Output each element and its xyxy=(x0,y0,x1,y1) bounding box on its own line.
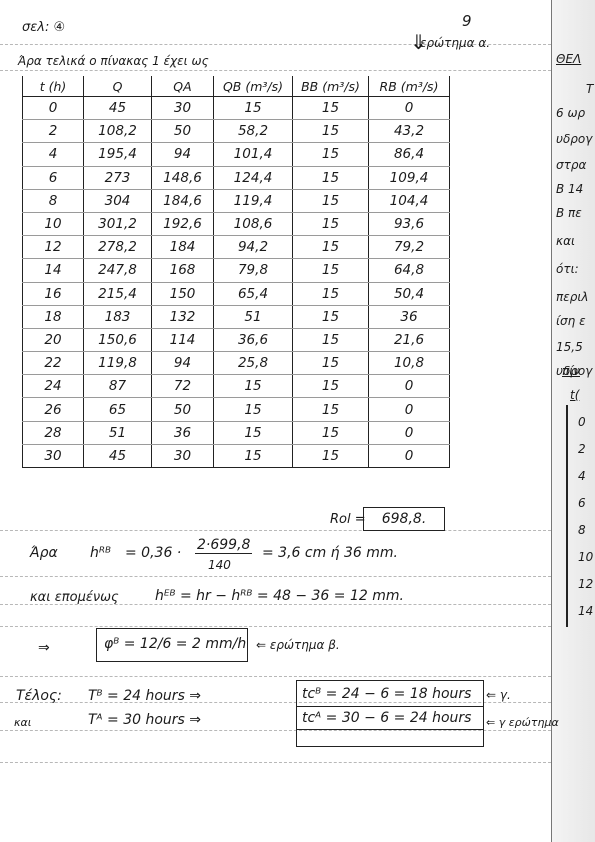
table-cell: 50,4 xyxy=(369,282,450,305)
calc-line2-expr: hᴱᴮ = hr − hᴿᴮ = 48 − 36 = 12 mm. xyxy=(155,588,404,604)
next-page-fragment: υδρογ xyxy=(556,132,592,146)
table-row: 26655015150 xyxy=(23,398,450,421)
next-page-fragment: στρα xyxy=(556,158,586,172)
total-value-box: 698,8. xyxy=(363,507,445,531)
table-cell: 24 xyxy=(23,375,84,398)
table-cell: 15 xyxy=(293,259,369,282)
column-header: RB (m³/s) xyxy=(369,76,450,97)
column-header: QA xyxy=(152,76,214,97)
next-page-table-value: 10 xyxy=(578,550,593,564)
next-page-table-value: 6 xyxy=(578,496,586,510)
answer-b: φᴮ = 12/6 = 2 mm/h xyxy=(104,636,246,652)
page-number: 9 xyxy=(462,12,472,30)
table-cell: 114 xyxy=(152,328,214,351)
ruled-line xyxy=(0,762,551,763)
table-cell: 148,6 xyxy=(152,166,214,189)
scanned-page: σελ: ④ 9 ⇓ ερώτημα α. Άρα τελικά ο πίνακ… xyxy=(0,0,595,842)
table-cell: 94,2 xyxy=(214,236,293,259)
table-cell: 150 xyxy=(152,282,214,305)
table-cell: 15 xyxy=(293,444,369,467)
calc-line5-prefix: και xyxy=(14,716,31,729)
table-cell: 87 xyxy=(84,375,152,398)
table-row: 30453015150 xyxy=(23,444,450,467)
next-page-table-value: 8 xyxy=(578,523,586,537)
table-cell: 58,2 xyxy=(214,120,293,143)
table-cell: 36 xyxy=(369,305,450,328)
answer-c-divider xyxy=(296,706,484,707)
table-cell: 184 xyxy=(152,236,214,259)
calc-line1-result: = 3,6 cm ή 36 mm. xyxy=(262,545,398,561)
table-cell: 15 xyxy=(293,166,369,189)
table-cell: 21,6 xyxy=(369,328,450,351)
table-cell: 22 xyxy=(23,352,84,375)
table-row: 0453015150 xyxy=(23,97,450,120)
table-cell: 195,4 xyxy=(84,143,152,166)
calc-line4-prefix: Τέλος: xyxy=(16,688,62,704)
table-cell: 43,2 xyxy=(369,120,450,143)
table-row: 10301,2192,6108,61593,6 xyxy=(23,212,450,235)
column-header: Q xyxy=(84,76,152,97)
table-cell: 192,6 xyxy=(152,212,214,235)
table-cell: 26 xyxy=(23,398,84,421)
table-cell: 119,4 xyxy=(214,189,293,212)
table-cell: 15 xyxy=(293,328,369,351)
next-page-table-value: 14 xyxy=(578,604,593,618)
table-cell: 50 xyxy=(152,120,214,143)
table-cell: 65,4 xyxy=(214,282,293,305)
table-cell: 0 xyxy=(369,97,450,120)
table-cell: 10 xyxy=(23,212,84,235)
next-page-table-value: 4 xyxy=(578,469,586,483)
answer-c-box-bottom xyxy=(296,728,484,747)
table-cell: 4 xyxy=(23,143,84,166)
intro-text: Άρα τελικά ο πίνακας 1 έχει ως xyxy=(18,54,209,68)
section-label: σελ: ④ xyxy=(22,20,65,35)
calc-line2-prefix: και επομένως xyxy=(30,590,119,605)
next-page-fragment: Β πε xyxy=(556,206,582,220)
table-cell: 2 xyxy=(23,120,84,143)
table-cell: 15 xyxy=(293,189,369,212)
table-cell: 10,8 xyxy=(369,352,450,375)
table-header-row: t (h) Q QA QB (m³/s) BB (m³/s) RB (m³/s) xyxy=(23,76,450,97)
ruled-line xyxy=(0,626,551,627)
ruled-line xyxy=(0,676,551,677)
table-cell: 0 xyxy=(23,97,84,120)
calc-line1-prefix: Άρα xyxy=(30,545,58,561)
table-cell: 20 xyxy=(23,328,84,351)
next-page-fragment: ίση ε xyxy=(556,314,586,328)
table-cell: 15 xyxy=(293,352,369,375)
table-cell: 15 xyxy=(293,236,369,259)
column-header: QB (m³/s) xyxy=(214,76,293,97)
table-cell: 36,6 xyxy=(214,328,293,351)
table-row: 6273148,6124,415109,4 xyxy=(23,166,450,189)
calc-line4-expr: Tᴮ = 24 hours ⇒ xyxy=(88,688,201,704)
table-cell: 15 xyxy=(214,398,293,421)
question-c-label-2: ⇐ γ ερώτημα xyxy=(486,716,559,729)
table-cell: 6 xyxy=(23,166,84,189)
next-page-table-line xyxy=(566,405,568,627)
table-cell: 51 xyxy=(84,421,152,444)
table-cell: 79,2 xyxy=(369,236,450,259)
table-cell: 15 xyxy=(293,375,369,398)
table-row: 14247,816879,81564,8 xyxy=(23,259,450,282)
table-row: 28513615150 xyxy=(23,421,450,444)
calc-line1-numerator: 2·699,8 xyxy=(195,537,252,554)
calc-line1-coef: = 0,36 · xyxy=(125,545,181,561)
table-cell: 18 xyxy=(23,305,84,328)
table-cell: 15 xyxy=(293,305,369,328)
table-row: 2108,25058,21543,2 xyxy=(23,120,450,143)
table-cell: 304 xyxy=(84,189,152,212)
table-cell: 94 xyxy=(152,352,214,375)
table-cell: 93,6 xyxy=(369,212,450,235)
table-cell: 104,4 xyxy=(369,189,450,212)
next-page-fragment: περιλ xyxy=(556,290,589,304)
table-cell: 108,6 xyxy=(214,212,293,235)
table-row: 20150,611436,61521,6 xyxy=(23,328,450,351)
table-cell: 108,2 xyxy=(84,120,152,143)
table-cell: 124,4 xyxy=(214,166,293,189)
ruled-line xyxy=(0,576,551,577)
answer-c-b: tcᴮ = 24 − 6 = 18 hours xyxy=(302,686,471,702)
next-page-heading: ΘΕΛ xyxy=(556,52,581,66)
table-cell: 14 xyxy=(23,259,84,282)
table-cell: 36 xyxy=(152,421,214,444)
table-cell: 150,6 xyxy=(84,328,152,351)
table-cell: 119,8 xyxy=(84,352,152,375)
table-cell: 109,4 xyxy=(369,166,450,189)
table-cell: 15 xyxy=(293,120,369,143)
table-cell: 301,2 xyxy=(84,212,152,235)
table-cell: 30 xyxy=(152,444,214,467)
table-cell: 15 xyxy=(293,212,369,235)
table-cell: 30 xyxy=(152,97,214,120)
table-cell: 65 xyxy=(84,398,152,421)
next-page-fragment: και xyxy=(556,234,575,248)
table-cell: 94 xyxy=(152,143,214,166)
table-cell: 278,2 xyxy=(84,236,152,259)
table-cell: 86,4 xyxy=(369,143,450,166)
table-cell: 15 xyxy=(293,421,369,444)
table-cell: 15 xyxy=(293,143,369,166)
next-page-table-value: 0 xyxy=(578,415,586,429)
table-cell: 79,8 xyxy=(214,259,293,282)
table-cell: 273 xyxy=(84,166,152,189)
table-cell: 50 xyxy=(152,398,214,421)
table-cell: 0 xyxy=(369,375,450,398)
table-cell: 15 xyxy=(293,398,369,421)
next-page-table-header: t( xyxy=(570,388,579,402)
table-cell: 64,8 xyxy=(369,259,450,282)
answer-c-a: tcᴬ = 30 − 6 = 24 hours xyxy=(302,710,471,726)
table-cell: 0 xyxy=(369,444,450,467)
table-cell: 15 xyxy=(293,282,369,305)
hydrograph-table: t (h) Q QA QB (m³/s) BB (m³/s) RB (m³/s)… xyxy=(22,76,450,468)
table-cell: 15 xyxy=(214,375,293,398)
table-cell: 45 xyxy=(84,97,152,120)
table-cell: 15 xyxy=(214,444,293,467)
question-b-label: ⇐ ερώτημα β. xyxy=(256,638,340,652)
table-cell: 132 xyxy=(152,305,214,328)
next-page-table-value: 2 xyxy=(578,442,586,456)
table-cell: 183 xyxy=(84,305,152,328)
table-row: 4195,494101,41586,4 xyxy=(23,143,450,166)
table-cell: 168 xyxy=(152,259,214,282)
table-cell: 15 xyxy=(214,421,293,444)
table-row: 22119,89425,81510,8 xyxy=(23,352,450,375)
next-page-fragment: Β 14 xyxy=(556,182,583,196)
table-cell: 101,4 xyxy=(214,143,293,166)
next-page-fragment: Τ xyxy=(586,82,593,96)
table-cell: 72 xyxy=(152,375,214,398)
calc-line1-lhs: hᴿᴮ xyxy=(90,545,111,561)
table-row: 16215,415065,41550,4 xyxy=(23,282,450,305)
ruled-line xyxy=(0,70,551,71)
question-c-label: ⇐ γ. xyxy=(486,688,511,702)
next-page-table-value: 12 xyxy=(578,577,593,591)
next-page-fragment: ότι: xyxy=(556,262,579,276)
table-cell: 215,4 xyxy=(84,282,152,305)
table-row: 12278,218494,21579,2 xyxy=(23,236,450,259)
calc-line5-expr: Tᴬ = 30 hours ⇒ xyxy=(88,712,201,728)
next-page-table-title: πίν xyxy=(562,364,580,378)
table-cell: 30 xyxy=(23,444,84,467)
table-cell: 247,8 xyxy=(84,259,152,282)
table-row: 18183132511536 xyxy=(23,305,450,328)
column-header: BB (m³/s) xyxy=(293,76,369,97)
table-cell: 51 xyxy=(214,305,293,328)
table-row: 24877215150 xyxy=(23,375,450,398)
table-cell: 184,6 xyxy=(152,189,214,212)
column-header: t (h) xyxy=(23,76,84,97)
table-cell: 12 xyxy=(23,236,84,259)
table-cell: 15 xyxy=(293,97,369,120)
table-cell: 8 xyxy=(23,189,84,212)
calc-line1-denominator: 140 xyxy=(208,558,231,572)
total-label: Rol = xyxy=(330,512,366,527)
table-cell: 16 xyxy=(23,282,84,305)
question-a-label: ερώτημα α. xyxy=(420,36,490,50)
next-page-fragment: 15,5 xyxy=(556,340,583,354)
table-cell: 15 xyxy=(214,97,293,120)
ruled-line xyxy=(0,530,551,531)
table-cell: 45 xyxy=(84,444,152,467)
implies-arrow: ⇒ xyxy=(38,640,50,656)
table-cell: 0 xyxy=(369,398,450,421)
next-page-fragment: 6 ωρ xyxy=(556,106,585,120)
table-cell: 0 xyxy=(369,421,450,444)
table-row: 8304184,6119,415104,4 xyxy=(23,189,450,212)
table-cell: 25,8 xyxy=(214,352,293,375)
table-cell: 28 xyxy=(23,421,84,444)
